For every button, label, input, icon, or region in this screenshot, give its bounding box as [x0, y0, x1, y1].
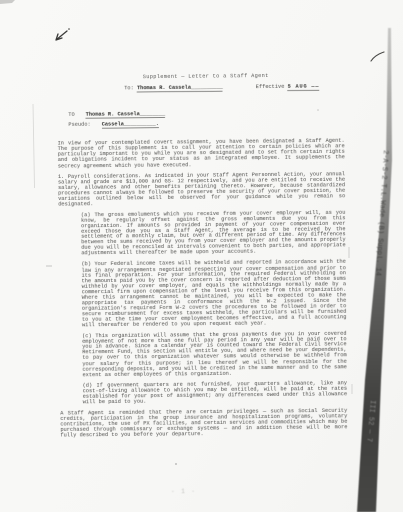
fold-line-artifact — [33, 104, 35, 188]
pen-hook-mark — [371, 52, 384, 61]
scanned-document-page: Supplement — Letter to a Staff Agent To:… — [0, 0, 403, 512]
scan-artifacts-overlay: 2-A-S-2 T.L.Wade (B) Suppl. 14 III 52 — … — [0, 0, 403, 512]
handwritten-arrow-mark — [56, 31, 67, 40]
speck-artifact — [175, 463, 177, 465]
speck-artifact-2 — [317, 109, 319, 111]
pen-dot-mark — [68, 28, 70, 30]
corner-smudge-mark — [0, 0, 15, 4]
